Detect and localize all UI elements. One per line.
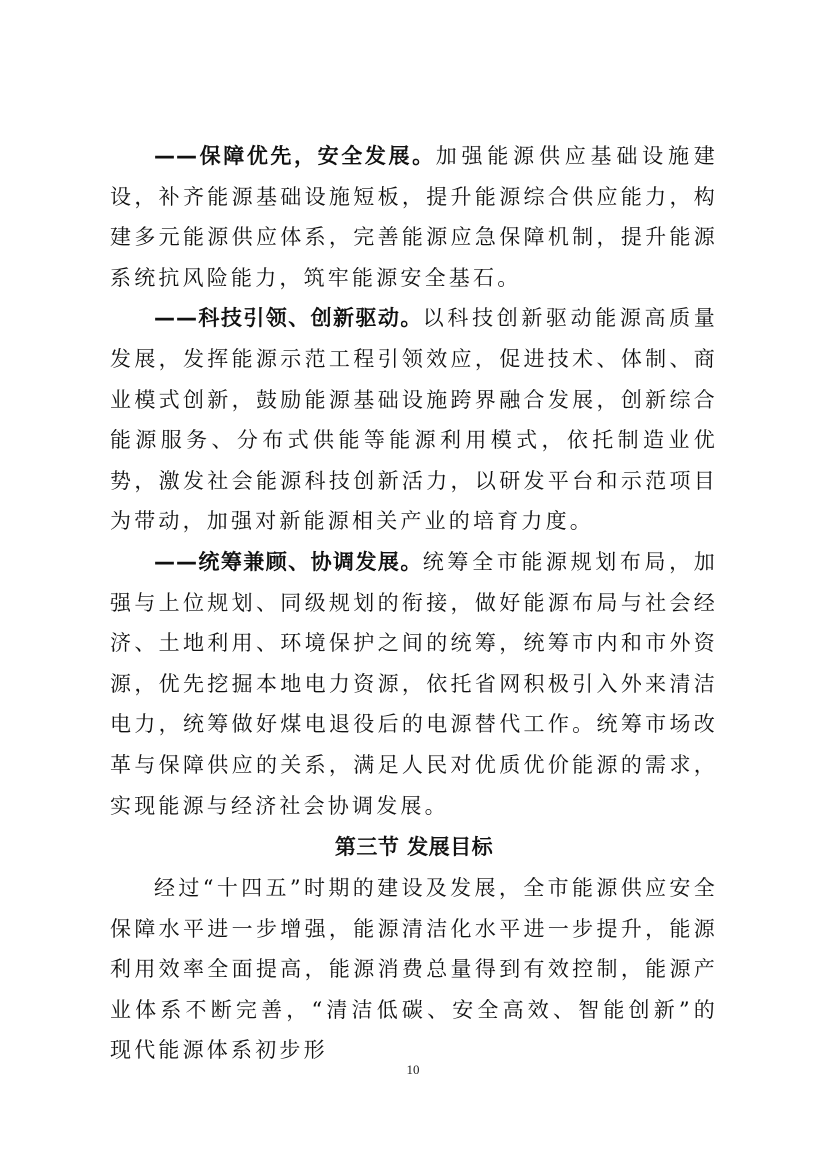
principle-paragraph-innovation: ——科技引领、创新驱动。以科技创新驱动能源高质量发展，发挥能源示范工程引领效应，… (110, 298, 718, 542)
section-paragraph: 经过“十四五”时期的建设及发展，全市能源供应安全保障水平进一步增强，能源清洁化水… (110, 868, 718, 1071)
page-number: 10 (0, 1062, 826, 1078)
principle-paragraph-coordination: ——统筹兼顾、协调发展。统筹全市能源规划布局，加强与上位规划、同级规划的衔接，做… (110, 542, 718, 826)
principle-paragraph-security: ——保障优先，安全发展。加强能源供应基础设施建设，补齐能源基础设施短板，提升能源… (110, 136, 718, 298)
principle-body: 以科技创新驱动能源高质量发展，发挥能源示范工程引领效应，促进技术、体制、商业模式… (110, 306, 718, 533)
principle-lead: ——统筹兼顾、协调发展。 (154, 550, 423, 574)
principle-body: 统筹全市能源规划布局，加强与上位规划、同级规划的衔接，做好能源布局与社会经济、土… (110, 550, 718, 818)
principle-lead: ——科技引领、创新驱动。 (154, 306, 423, 330)
document-page: ——保障优先，安全发展。加强能源供应基础设施建设，补齐能源基础设施短板，提升能源… (110, 136, 718, 1071)
section-heading: 第三节 发展目标 (110, 826, 718, 868)
principle-lead: ——保障优先，安全发展。 (154, 144, 436, 168)
